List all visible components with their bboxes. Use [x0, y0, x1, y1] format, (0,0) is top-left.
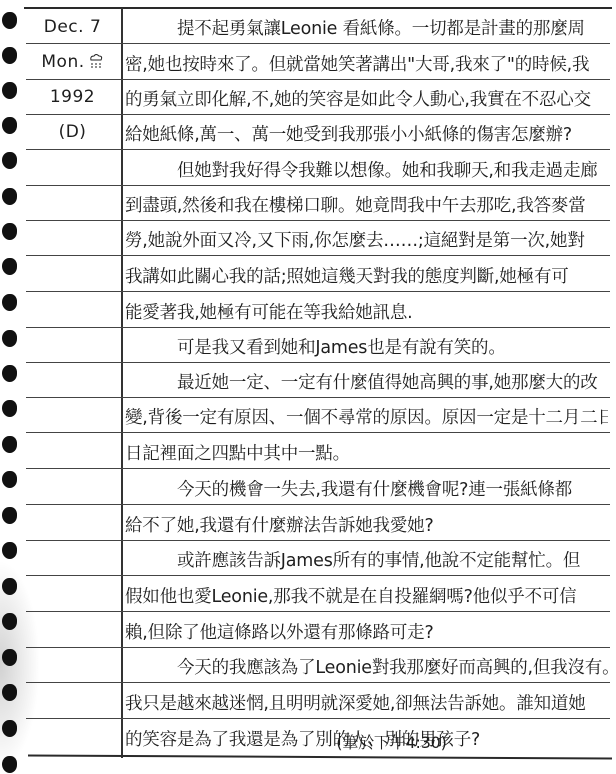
ruled-line	[26, 149, 610, 150]
diary-line: 變,背後一定有原因、一個不尋常的原因。原因一定是十二月二日	[125, 398, 608, 432]
binder-hole-icon	[2, 649, 17, 666]
diary-line: 今天的我應該為了Leonie對我那麼好而高興的,但我沒有。	[125, 648, 608, 682]
ruled-line	[26, 291, 610, 292]
ruled-line	[26, 468, 610, 469]
binder-hole-icon	[2, 471, 17, 488]
entry-label: (D)	[24, 115, 121, 149]
binder-hole-icon	[2, 12, 17, 29]
diary-line: 給不了她,我還有什麼辦法告訴她我愛她?	[125, 506, 608, 540]
diary-line: 日記裡面之四點中其中一點。	[125, 434, 608, 468]
binder-hole-icon	[2, 613, 17, 630]
date-text: Dec. 7	[44, 17, 102, 37]
diary-page: Dec. 7 Mon. 1992 (D) 提不起勇氣讓Leonie 看紙條。一切…	[0, 0, 616, 774]
ruled-line	[26, 611, 610, 612]
binder-hole-icon	[2, 365, 17, 382]
ruled-line	[26, 432, 610, 433]
diary-line: 我只是越來越迷惘,且明明就深愛她,卻無法告訴她。誰知道她	[125, 684, 608, 718]
diary-line: 賴,但除了他這條路以外還有那條路可走?	[125, 613, 608, 647]
binder-hole-icon	[2, 47, 17, 64]
binder-hole-icon	[2, 578, 17, 595]
diary-line: 到盡頭,然後和我在樓梯口聊。她竟問我中午去那吃,我答麥當	[125, 186, 608, 220]
binder-hole-icon	[2, 258, 17, 275]
year-text: 1992	[50, 87, 95, 107]
binder-hole-icon	[2, 294, 17, 311]
diary-line: 我講如此關心我的話;照她這幾天對我的態度判斷,她極有可	[125, 257, 608, 291]
binder-hole-icon	[2, 756, 17, 773]
rain-cloud-icon	[88, 53, 104, 71]
diary-line: 的勇氣立即化解,不,她的笑容是如此令人動心,我實在不忍心交	[125, 80, 608, 114]
signature-time: (筆於下午4:30)	[125, 724, 608, 756]
binder-hole-icon	[2, 223, 17, 240]
entry-date: Dec. 7	[24, 10, 121, 44]
diary-line: 假如他也愛Leonie,那我不就是在自投羅網嗎?他似乎不可信	[125, 577, 608, 611]
binder-hole-icon	[2, 400, 17, 417]
diary-line: 可是我又看到她和James也是有說有笑的。	[125, 328, 608, 362]
binder-hole-icon	[2, 684, 17, 701]
binder-hole-icon	[2, 507, 17, 524]
diary-line: 勞,她說外面又冷,又下雨,你怎麼去……;這絕對是第一次,她對	[125, 221, 608, 255]
binder-hole-icon	[2, 152, 17, 169]
diary-line: 提不起勇氣讓Leonie 看紙條。一切都是計畫的那麼周	[125, 9, 608, 43]
diary-line: 但她對我好得令我難以想像。她和我聊天,和我走過走廊	[125, 151, 608, 185]
ruled-line	[26, 575, 610, 576]
diary-line: 能愛著我,她極有可能在等我給她訊息.	[125, 293, 608, 327]
binder-hole-icon	[2, 436, 17, 453]
margin-rule	[121, 8, 123, 758]
binder-hole-icon	[2, 188, 17, 205]
diary-line: 或許應該告訴James所有的事情,他說不定能幫忙。但	[125, 541, 608, 575]
binder-hole-icon	[2, 117, 17, 134]
entry-year: 1992	[24, 80, 121, 114]
binder-hole-icon	[2, 542, 17, 559]
diary-line: 給她紙條,萬一、萬一她受到我那張小小紙條的傷害怎麼辦?	[125, 115, 608, 149]
diary-line: 密,她也按時來了。但就當她笑著講出"大哥,我來了"的時候,我	[125, 45, 608, 79]
ruled-line	[26, 255, 610, 256]
label-text: (D)	[59, 122, 87, 142]
weekday-text: Mon.	[41, 52, 84, 72]
entry-weekday: Mon.	[24, 45, 121, 79]
binder-hole-icon	[2, 330, 17, 347]
diary-line: 今天的機會一失去,我還有什麼機會呢?連一張紙條都	[125, 470, 608, 504]
ruled-line	[26, 718, 610, 719]
binder-hole-icon	[2, 82, 17, 99]
ruled-line	[26, 504, 610, 505]
binder-hole-icon	[2, 720, 17, 737]
ruled-line	[26, 682, 610, 683]
diary-line: 最近她一定、一定有什麼值得她高興的事,她那麼大的改	[125, 363, 608, 397]
